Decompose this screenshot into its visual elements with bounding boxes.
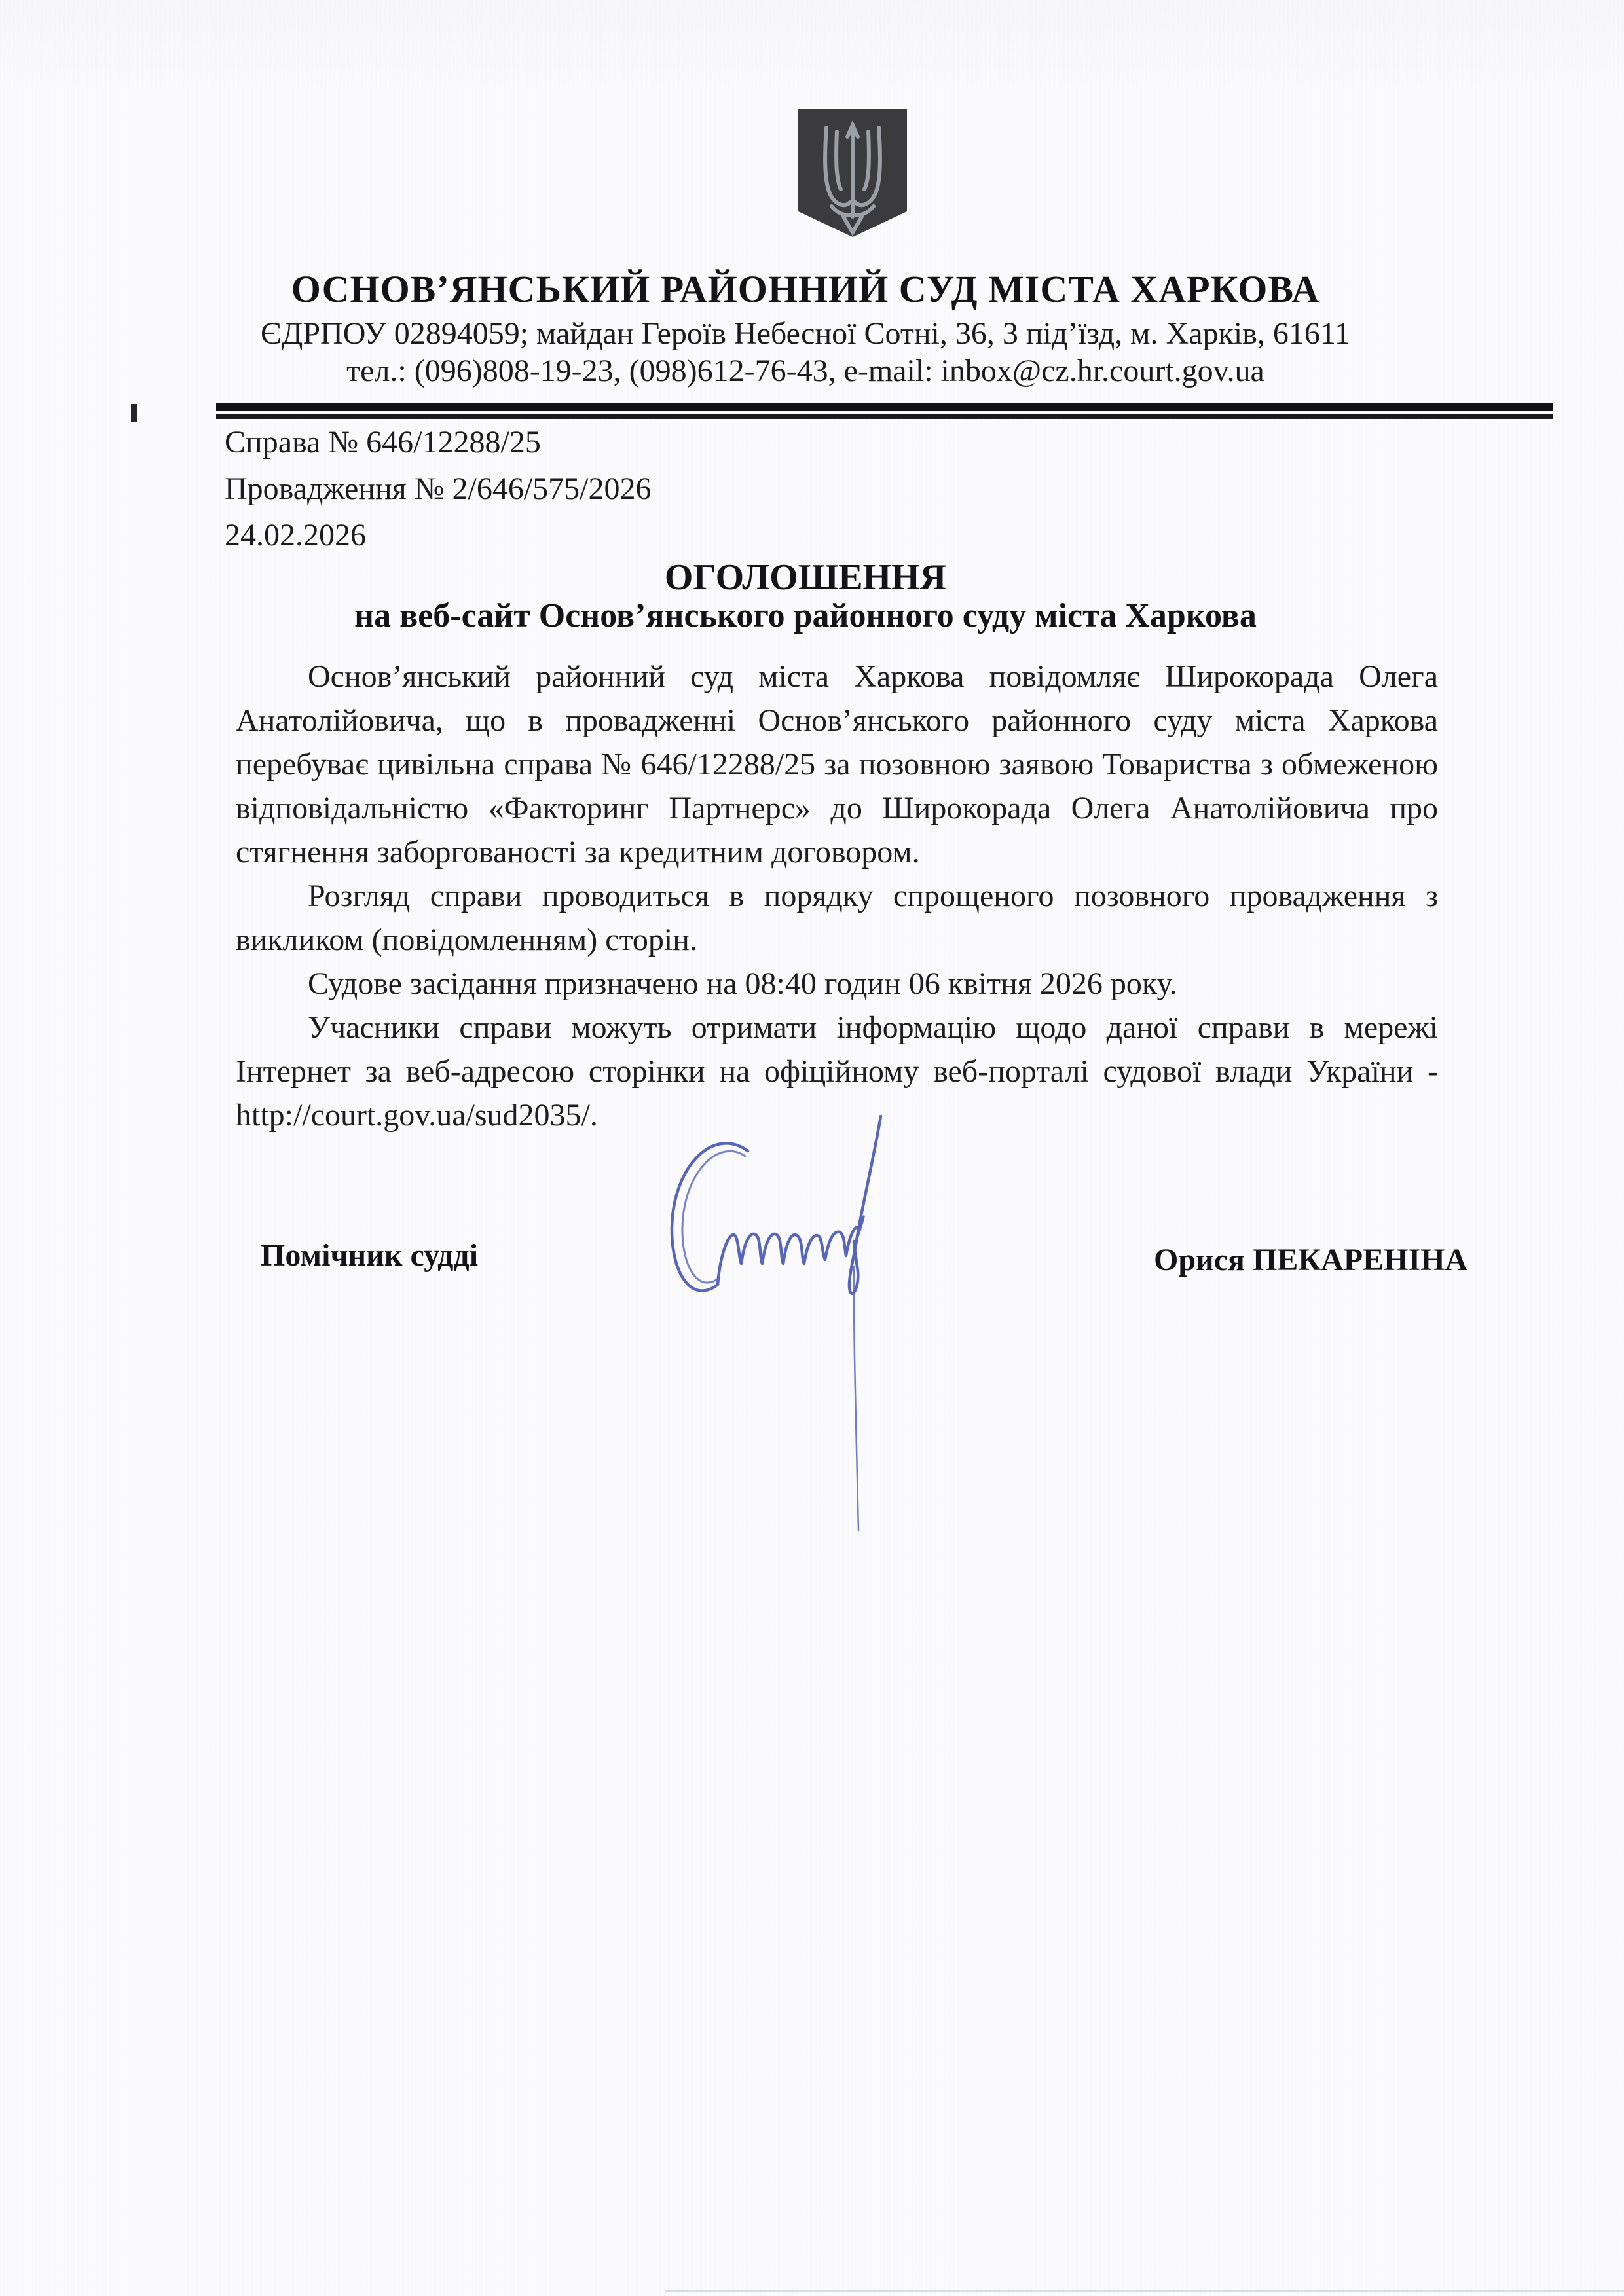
- signature-role-label: Помічник судді: [261, 1237, 478, 1273]
- scan-artifact-dash: [131, 404, 137, 422]
- court-address-line: ЄДРПОУ 02894059; майдан Героїв Небесної …: [0, 316, 1611, 352]
- scanned-court-document-page: ОСНОВ’ЯНСЬКИЙ РАЙОННИЙ СУД МІСТА ХАРКОВА…: [0, 0, 1624, 2296]
- announcement-paragraph: Розгляд справи проводиться в порядку спр…: [236, 874, 1438, 962]
- separator-thin-line: [216, 414, 1553, 419]
- handwritten-signature-icon: [661, 1106, 923, 1539]
- scan-edge-artifact: [665, 2290, 1624, 2292]
- court-contacts-line: тел.: (096)808-19-23, (098)612-76-43, e-…: [0, 353, 1611, 389]
- announcement-title: ОГОЛОШЕННЯ: [0, 556, 1611, 598]
- document-date: 24.02.2026: [225, 512, 652, 558]
- announcement-paragraph: Судове засідання призначено на 08:40 год…: [236, 962, 1438, 1006]
- proceeding-number-line: Провадження № 2/646/575/2026: [225, 465, 652, 512]
- announcement-paragraph: Основ’янський районний суд міста Харкова…: [236, 655, 1438, 874]
- case-info-block: Справа № 646/12288/25 Провадження № 2/64…: [225, 419, 652, 558]
- letterhead-separator-rule: [216, 403, 1553, 419]
- court-name-heading: ОСНОВ’ЯНСЬКИЙ РАЙОННИЙ СУД МІСТА ХАРКОВА: [0, 267, 1611, 311]
- ukraine-trident-icon: [796, 107, 909, 239]
- separator-thick-line: [216, 403, 1553, 411]
- announcement-body: Основ’янський районний суд міста Харкова…: [236, 655, 1438, 1137]
- announcement-subtitle: на веб-сайт Основ’янського районного суд…: [0, 596, 1611, 635]
- case-number-line: Справа № 646/12288/25: [225, 419, 652, 465]
- signatory-name: Орися ПЕКАРЕНІНА: [1154, 1242, 1467, 1278]
